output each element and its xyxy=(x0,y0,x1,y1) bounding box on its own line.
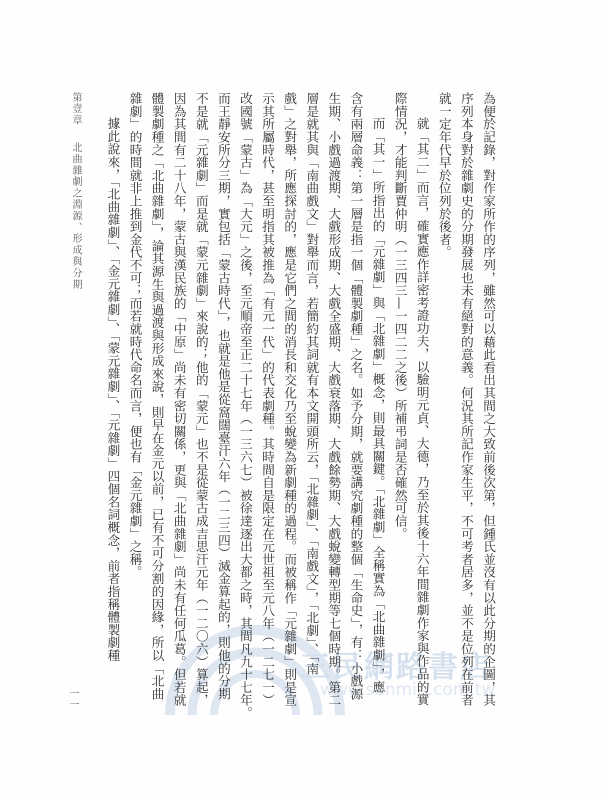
text-column: 改國號「蒙古」為「大元」之後，至元順帝至正二十七年（一三六七）被徐達逐出大都之時… xyxy=(234,92,256,710)
text-column: 因為其間有二十八年，蒙古與漢民族的「中原」尚未有密切關係，更與「北曲雜劇」尚未有… xyxy=(168,92,190,710)
text-column: 生期、小戲過渡期、大戲形成期、大戲全盛期、大戲衰落期、大戲餘勢期、大戲蛻變轉型期… xyxy=(322,92,344,710)
book-page: 三民網路書店 www.sanmin.com.tw 第壹章北曲雜劇之淵源、形成與分… xyxy=(0,0,607,800)
text-column: 戲」之對舉，所應探討的，應是它們之間的消長和交化乃至蛻變為新劇種的過程。而被稱作… xyxy=(278,92,300,710)
text-column: 為便於記錄，對作家所作的序列，雖然可以藉此看出其間之大致前後次第，但鍾氏並沒有以… xyxy=(477,92,499,710)
running-head: 第壹章北曲雜劇之淵源、形成與分期 xyxy=(68,92,82,290)
chapter-title: 北曲雜劇之淵源、形成與分期 xyxy=(70,142,81,290)
text-column: 示其所屬時代，甚至明指其被推為「有元一代」的代表劇種。其時間自是限定在元世祖至元… xyxy=(256,92,278,710)
chapter-number: 第壹章 xyxy=(70,92,81,126)
text-column: 而王靜安所分三期，實包括「蒙古時代」，也就是他是從窩闊臺汗六年（一二三四）滅金算… xyxy=(212,92,234,710)
paragraph-start-column: 就「其二」而言，確實應作詳密考證功夫，以驗明元貞、大德，乃至於其後十六年間雜劇作… xyxy=(411,92,433,710)
text-column: 序列本身對於雜劇史的分期發展也未有絕對的意義。何況其所記作家生平，不可考者居多，… xyxy=(455,92,477,710)
text-column: 不是就「元雜劇」而是就「蒙元雜劇」來說的；他的「蒙元」也不是從蒙古成吉思汗元年（… xyxy=(190,92,212,710)
text-column: 雜劇」的時間就非上推到金代不可；而若就時代命名而言，便也有「金元雜劇」之稱。 xyxy=(123,92,145,710)
text-column: 就一定年代早於位列於後者。 xyxy=(433,92,455,710)
paragraph-start-column: 而「其一」所指出的「元雜劇」與「北雜劇」概念，則最具關鍵。「北雜劇」全稱實為「北… xyxy=(366,92,388,710)
body-text: 為便於記錄，對作家所作的序列，雖然可以藉此看出其間之大致前後次第，但鍾氏並沒有以… xyxy=(101,92,499,710)
text-column: 層是就其與「南曲戲文」對舉而言，若簡約其詞就有本文開頭所云，「北雜劇」、「南戲文… xyxy=(300,92,322,710)
text-column: 際情況，才能判斷賈仲明（一三四三—一四二二之後）所補弔詞是否確然可信。 xyxy=(389,92,411,710)
page-number: 一一 xyxy=(65,688,79,710)
text-column: 體製劇種之「北曲雜劇」，論其源生與過渡與形成來說，則早在金元以前，已有不可分割的… xyxy=(146,92,168,710)
running-head-gap xyxy=(75,126,76,142)
paragraph-start-column: 據此說來，「北曲雜劇」、「金元雜劇」、「蒙元雜劇」、「元雜劇」四個名詞概念，前者… xyxy=(101,92,123,710)
text-column: 含有兩層命義：第一層是指一個「體製劇種」之名。如予分期，就要講究劇種的整個「生命… xyxy=(344,92,366,710)
